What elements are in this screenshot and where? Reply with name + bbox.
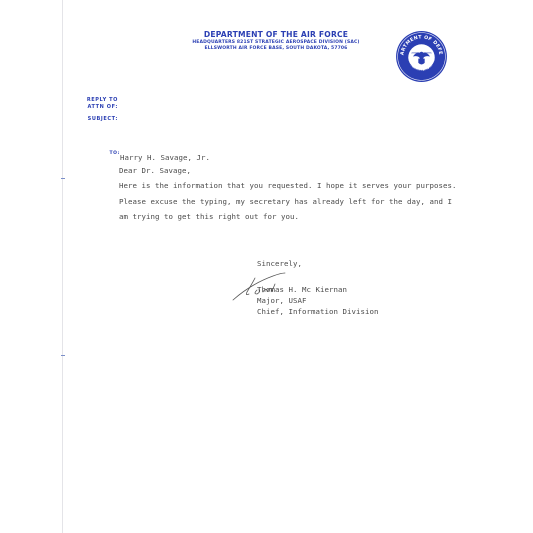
salutation: Dear Dr. Savage,	[119, 166, 191, 175]
fold-mark	[61, 355, 65, 356]
reply-to-label: REPLY TO ATTN OF:	[78, 97, 118, 110]
signer-name: Thomas H. Mc Kiernan	[257, 285, 347, 294]
signer-title: Chief, Information Division	[257, 307, 379, 316]
fold-mark	[61, 178, 65, 179]
letterhead-title: DEPARTMENT OF THE AIR FORCE	[150, 30, 402, 39]
body-line: Please excuse the typing, my secretary h…	[119, 197, 452, 206]
body-line: Here is the information that you request…	[119, 181, 456, 190]
valediction: Sincerely,	[257, 259, 302, 268]
letterhead: DEPARTMENT OF THE AIR FORCE HEADQUARTERS…	[150, 30, 402, 52]
page-margin-line	[62, 0, 63, 533]
body-line: am trying to get this right out for you.	[119, 212, 299, 221]
reply-to-line2: ATTN OF:	[78, 104, 118, 111]
to-label: TO:	[100, 151, 120, 158]
letterhead-address: ELLSWORTH AIR FORCE BASE, SOUTH DAKOTA, …	[150, 45, 402, 52]
signer-rank: Major, USAF	[257, 296, 307, 305]
department-of-defense-seal-icon: DEPARTMENT OF DEFENSE UNITED STATES OF A…	[395, 30, 448, 83]
subject-label: SUBJECT:	[78, 116, 118, 123]
recipient-name: Harry H. Savage, Jr.	[120, 153, 210, 162]
